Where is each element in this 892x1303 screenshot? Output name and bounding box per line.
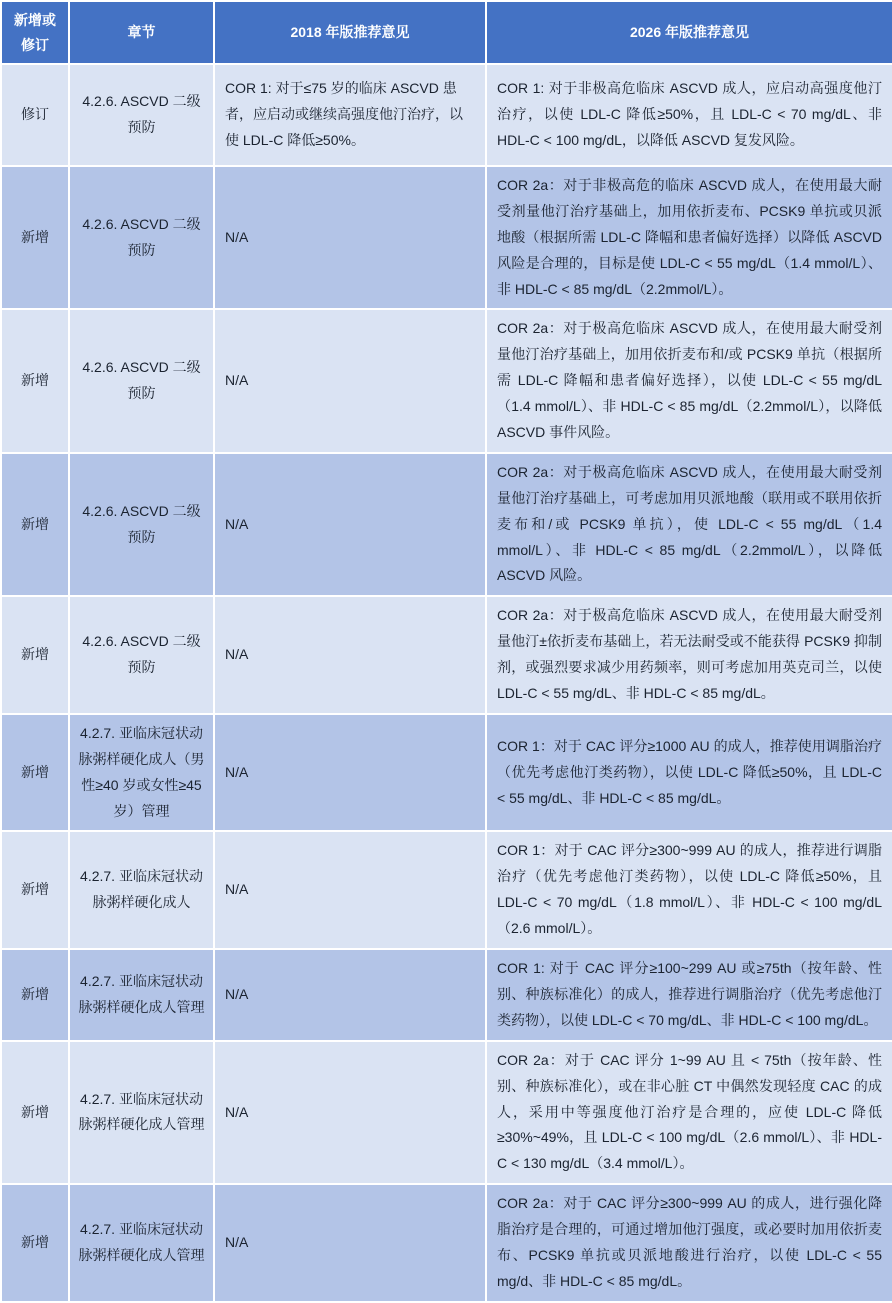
table-row: 新增4.2.7. 亚临床冠状动脉粥样硬化成人管理N/ACOR 2a：对于 CAC… — [2, 1185, 892, 1301]
guideline-comparison-table: 新增或修订 章节 2018 年版推荐意见 2026 年版推荐意见 修订4.2.6… — [0, 0, 892, 1303]
table-row: 修订4.2.6. ASCVD 二级预防COR 1: 对于≤75 岁的临床 ASC… — [2, 65, 892, 165]
rec-2018-cell: N/A — [215, 832, 485, 948]
status-cell: 新增 — [2, 310, 68, 451]
rec-2018-cell: N/A — [215, 597, 485, 713]
rec-2018-cell: N/A — [215, 715, 485, 831]
header-2018-recommendation: 2018 年版推荐意见 — [215, 2, 485, 63]
rec-2026-cell: COR 2a：对于极高危临床 ASCVD 成人，在使用最大耐受剂量他汀±依折麦布… — [487, 597, 892, 713]
rec-2018-cell: N/A — [215, 950, 485, 1040]
rec-2018-cell: COR 1: 对于≤75 岁的临床 ASCVD 患者，应启动或继续高强度他汀治疗… — [215, 65, 485, 165]
chapter-cell: 4.2.6. ASCVD 二级预防 — [70, 454, 213, 595]
chapter-cell: 4.2.6. ASCVD 二级预防 — [70, 310, 213, 451]
table-row: 新增4.2.6. ASCVD 二级预防N/ACOR 2a：对于极高危临床 ASC… — [2, 310, 892, 451]
chapter-cell: 4.2.7. 亚临床冠状动脉粥样硬化成人管理 — [70, 950, 213, 1040]
chapter-cell: 4.2.7. 亚临床冠状动脉粥样硬化成人（男性≥40 岁或女性≥45 岁）管理 — [70, 715, 213, 831]
chapter-cell: 4.2.6. ASCVD 二级预防 — [70, 597, 213, 713]
rec-2018-cell: N/A — [215, 454, 485, 595]
status-cell: 新增 — [2, 597, 68, 713]
table-row: 新增4.2.7. 亚临床冠状动脉粥样硬化成人N/ACOR 1：对于 CAC 评分… — [2, 832, 892, 948]
status-cell: 新增 — [2, 1042, 68, 1183]
rec-2026-cell: COR 2a：对于极高危临床 ASCVD 成人，在使用最大耐受剂量他汀治疗基础上… — [487, 454, 892, 595]
status-cell: 新增 — [2, 715, 68, 831]
header-status: 新增或修订 — [2, 2, 68, 63]
chapter-cell: 4.2.6. ASCVD 二级预防 — [70, 167, 213, 308]
table-row: 新增4.2.6. ASCVD 二级预防N/ACOR 2a：对于非极高危的临床 A… — [2, 167, 892, 308]
chapter-cell: 4.2.7. 亚临床冠状动脉粥样硬化成人 — [70, 832, 213, 948]
status-cell: 修订 — [2, 65, 68, 165]
rec-2026-cell: COR 2a：对于 CAC 评分≥300~999 AU 的成人，进行强化降脂治疗… — [487, 1185, 892, 1301]
rec-2018-cell: N/A — [215, 1042, 485, 1183]
header-2026-recommendation: 2026 年版推荐意见 — [487, 2, 892, 63]
chapter-cell: 4.2.7. 亚临床冠状动脉粥样硬化成人管理 — [70, 1042, 213, 1183]
header-row: 新增或修订 章节 2018 年版推荐意见 2026 年版推荐意见 — [2, 2, 892, 63]
rec-2018-cell: N/A — [215, 1185, 485, 1301]
rec-2018-cell: N/A — [215, 310, 485, 451]
status-cell: 新增 — [2, 950, 68, 1040]
chapter-cell: 4.2.6. ASCVD 二级预防 — [70, 65, 213, 165]
status-cell: 新增 — [2, 454, 68, 595]
table-row: 新增4.2.7. 亚临床冠状动脉粥样硬化成人（男性≥40 岁或女性≥45 岁）管… — [2, 715, 892, 831]
table-body: 修订4.2.6. ASCVD 二级预防COR 1: 对于≤75 岁的临床 ASC… — [2, 65, 892, 1301]
status-cell: 新增 — [2, 167, 68, 308]
rec-2018-cell: N/A — [215, 167, 485, 308]
rec-2026-cell: COR 1：对于 CAC 评分≥1000 AU 的成人，推荐使用调脂治疗（优先考… — [487, 715, 892, 831]
rec-2026-cell: COR 1: 对于非极高危临床 ASCVD 成人，应启动高强度他汀治疗，以使 L… — [487, 65, 892, 165]
table-row: 新增4.2.6. ASCVD 二级预防N/ACOR 2a：对于极高危临床 ASC… — [2, 454, 892, 595]
chapter-cell: 4.2.7. 亚临床冠状动脉粥样硬化成人管理 — [70, 1185, 213, 1301]
table-row: 新增4.2.7. 亚临床冠状动脉粥样硬化成人管理N/ACOR 1: 对于 CAC… — [2, 950, 892, 1040]
table-row: 新增4.2.6. ASCVD 二级预防N/ACOR 2a：对于极高危临床 ASC… — [2, 597, 892, 713]
header-chapter: 章节 — [70, 2, 213, 63]
status-cell: 新增 — [2, 1185, 68, 1301]
rec-2026-cell: COR 1: 对于 CAC 评分≥100~299 AU 或≥75th（按年龄、性… — [487, 950, 892, 1040]
rec-2026-cell: COR 2a：对于极高危临床 ASCVD 成人，在使用最大耐受剂量他汀治疗基础上… — [487, 310, 892, 451]
status-cell: 新增 — [2, 832, 68, 948]
table-row: 新增4.2.7. 亚临床冠状动脉粥样硬化成人管理N/ACOR 2a：对于 CAC… — [2, 1042, 892, 1183]
rec-2026-cell: COR 2a：对于 CAC 评分 1~99 AU 且 < 75th（按年龄、性别… — [487, 1042, 892, 1183]
rec-2026-cell: COR 2a：对于非极高危的临床 ASCVD 成人，在使用最大耐受剂量他汀治疗基… — [487, 167, 892, 308]
rec-2026-cell: COR 1：对于 CAC 评分≥300~999 AU 的成人，推荐进行调脂治疗（… — [487, 832, 892, 948]
